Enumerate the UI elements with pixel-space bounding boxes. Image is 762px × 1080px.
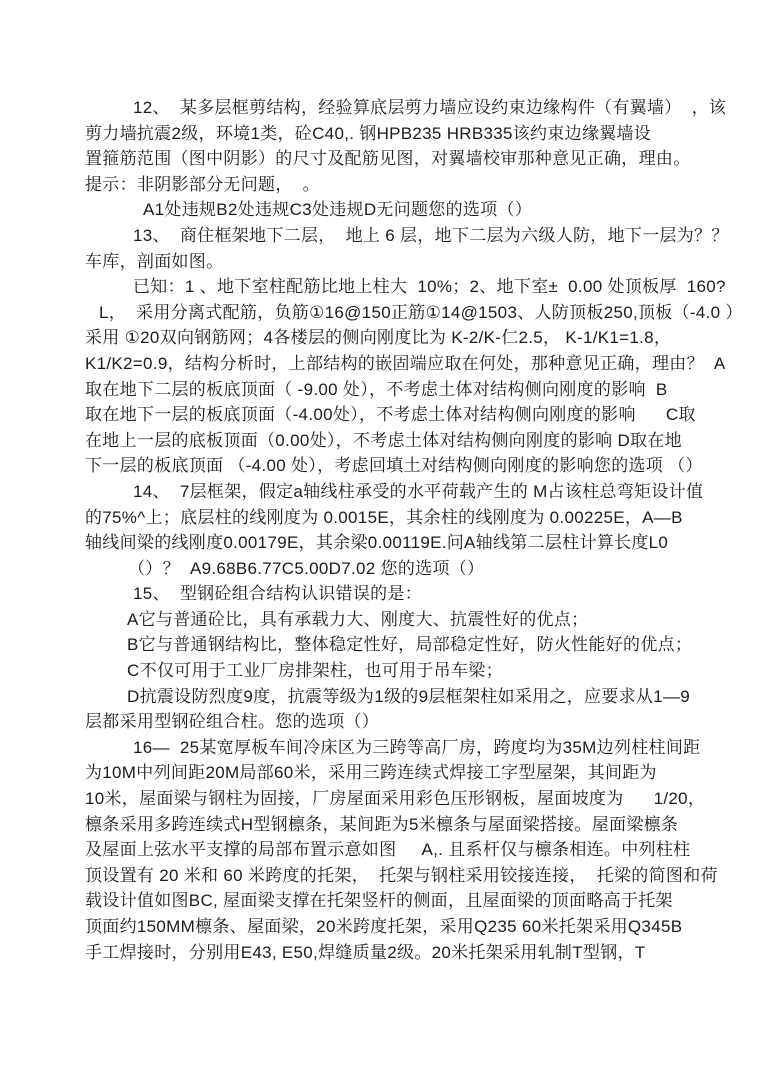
q16-line-3: 10米，屋面梁与钢柱为固接，厂房屋面采用彩色压形钢板，屋面坡度为 1/20， (85, 786, 725, 812)
q13-line-1: 13、 商住框架地下二层， 地上 6 层，地下二层为六级人防，地下一层为？？ (85, 223, 725, 249)
q14-line-2: 的75%^上；底层柱的线刚度为 0.0015E，其余柱的线刚度为 0.00225… (85, 505, 725, 531)
q13-option-b-line: 取在地下一层的板底顶面（-4.00处），不考虑土体对结构侧向刚度的影响 C取 (85, 402, 725, 428)
q16-line-6: 顶设置有 20 米和 60 米跨度的托架， 托架与钢柱采用铰接连接， 托梁的简图… (85, 863, 725, 889)
q15-option-a: A它与普通砼比，具有承载力大、刚度大、抗震性好的优点； (85, 607, 725, 633)
q16-line-9: 手工焊接时，分别用E43, E50,焊缝质量2级。20米托架采用轧制T型钢，T (85, 940, 725, 966)
q13-known-line-3: 采用 ①20双向钢筋网；4各楼层的侧向刚度比为 K-2/K-仁2.5， K-1/… (85, 325, 725, 351)
q16-line-5: 及屋面上弦水平支撑的局部布置示意如图 A,. 且系杆仅与檩条相连。中列柱柱 (85, 837, 725, 863)
q15-option-d-line-1: D抗震设防烈度9度，抗震等级为1级的9层框架柱如采用之，应要求从1—9 (85, 684, 725, 710)
q15-option-d-line-2: 层都采用型钢砼组合柱。您的选项（） (85, 709, 725, 735)
document-page: 12、 某多层框剪结构，经验算底层剪力墙应设约束边缘构件（有翼墙） ，该 剪力墙… (0, 0, 762, 1080)
q16-line-2: 为10M中列间距20M局部60米，采用三跨连续式焊接工字型屋架，其间距为 (85, 760, 725, 786)
q14-line-1: 14、 7层框架，假定a轴线柱承受的水平荷载产生的 M占该柱总弯矩设计值 (85, 479, 725, 505)
q12-hint-line: 提示：非阴影部分无问题， 。 (85, 172, 725, 198)
document-text-block: 12、 某多层框剪结构，经验算底层剪力墙应设约束边缘构件（有翼墙） ，该 剪力墙… (85, 95, 725, 965)
q12-line-2: 剪力墙抗震2级，环境1类，砼C40,. 钢HPB235 HRB335该约束边缘翼… (85, 121, 725, 147)
q12-line-3: 置箍筋范围（图中阴影）的尺寸及配筋见图，对翼墙校审那种意见正确，理由。 (85, 146, 725, 172)
q15-line-1: 15、 型钢砼组合结构认识错误的是： (85, 581, 725, 607)
q14-line-3: 轴线间梁的线刚度0.00179E，其余梁0.00119E.问A轴线第二层柱计算长… (85, 530, 725, 556)
q15-option-b: B它与普通钢结构比，整体稳定性好，局部稳定性好，防火性能好的优点； (85, 632, 725, 658)
q13-option-a-line: 取在地下二层的板底顶面（ -9.00 处），不考虑土体对结构侧向刚度的影响 B (85, 377, 725, 403)
q16-line-8: 顶面约150MM檩条、屋面梁，20米跨度托架，采用Q235 60米托架采用Q34… (85, 914, 725, 940)
q14-options-line: （）？ A9.68B6.77C5.00D7.02 您的选项（） (85, 556, 725, 582)
q13-line-2: 车库，剖面如图。 (85, 249, 725, 275)
q15-option-c: C不仅可用于工业厂房排架柱，也可用于吊车梁； (85, 658, 725, 684)
q16-line-1: 16— 25某宽厚板车间冷床区为三跨等高厂房，跨度均为35M边列柱柱间距 (85, 735, 725, 761)
q12-options-line: A1处违规B2处违规C3处违规D无问题您的选项（） (85, 197, 725, 223)
q12-line-1: 12、 某多层框剪结构，经验算底层剪力墙应设约束边缘构件（有翼墙） ，该 (85, 95, 725, 121)
q16-line-7: 载设计值如图BC, 屋面梁支撑在托架竖杆的侧面，且屋面梁的顶面略高于托架 (85, 888, 725, 914)
q16-line-4: 檩条采用多跨连续式H型钢檩条，某间距为5米檩条与屋面梁搭接。屋面梁檩条 (85, 812, 725, 838)
q13-option-d-line: 下一层的板底顶面 （-4.00 处），考虑回填土对结构侧向刚度的影响您的选项 （… (85, 453, 725, 479)
q13-known-line-1: 已知：1 、地下室柱配筋比地上柱大 10%；2、地下室± 0.00 处顶板厚 1… (85, 274, 725, 300)
q13-option-c-line: 在地上一层的底板顶面（0.00处），不考虑土体对结构侧向刚度的影响 D取在地 (85, 428, 725, 454)
q13-line-6: K1/K2=0.9，结构分析时，上部结构的嵌固端应取在何处，那种意见正确，理由？… (85, 351, 725, 377)
q13-known-line-2: L， 采用分离式配筋，负筋①16@150正筋①14@1503、人防顶板250,顶… (85, 300, 725, 326)
